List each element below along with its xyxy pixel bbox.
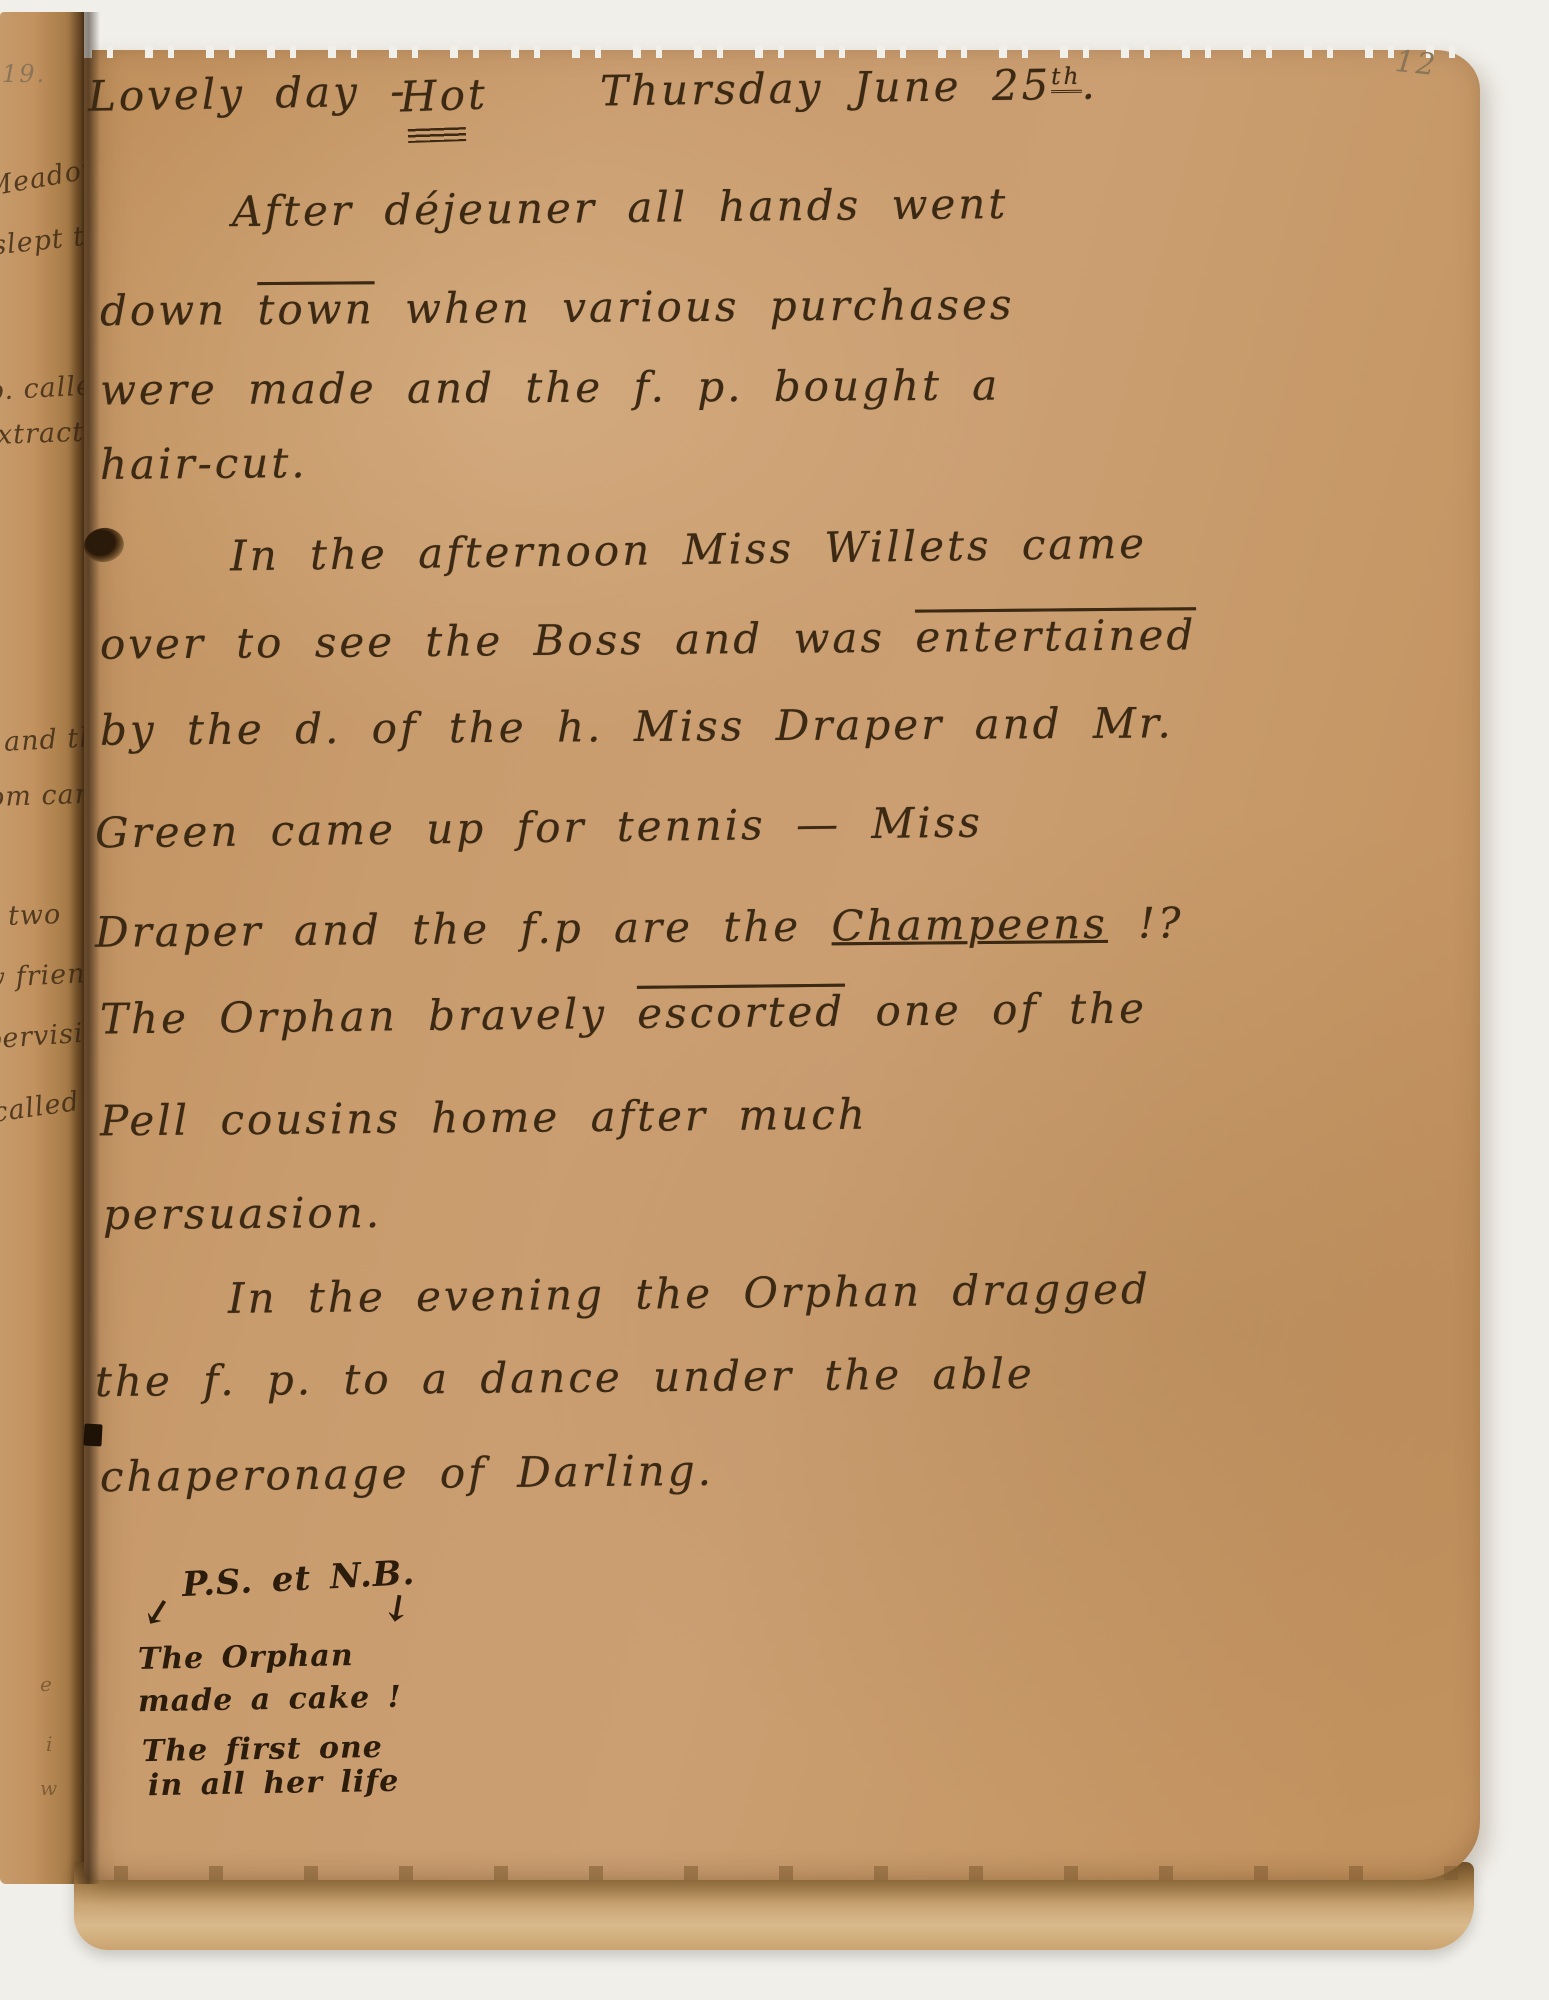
postscript-line: in all her life <box>148 1766 400 1802</box>
diary-line: chaperonage of Darling. <box>100 1449 714 1500</box>
margin-fragment: Meadow <box>0 152 84 204</box>
diary-line: down town when various purchases <box>100 283 1015 333</box>
diary-line: persuasion. <box>103 1191 382 1237</box>
diary-line: the f. p. to a dance under the able <box>95 1352 1035 1404</box>
postscript-line: The first one <box>142 1732 383 1768</box>
page-number: 12 <box>1393 44 1439 83</box>
margin-scribble: i <box>46 1732 53 1756</box>
diary-photo: 19. Meadow slept the p. called o extract… <box>0 0 1549 2000</box>
date-ordinal-suffix: th <box>1051 64 1082 93</box>
triple-underline <box>408 127 466 143</box>
previous-page-edge: 19. Meadow slept the p. called o extract… <box>0 12 84 1884</box>
margin-scribble: e <box>40 1672 53 1696</box>
margin-fragment: two <box>7 899 61 932</box>
diary-line: After déjeuner all hands went <box>232 182 1009 234</box>
postscript-line: made a cake ! <box>138 1682 402 1718</box>
margin-fragment: pervision <box>0 1015 84 1055</box>
diary-line: hair-cut. <box>100 441 308 487</box>
diary-line: over to see the Boss and was entertained <box>100 613 1197 667</box>
margin-fragment: extracted <box>0 416 84 452</box>
ink-mark <box>83 1424 102 1447</box>
diary-line: The Orphan bravely escorted one of the <box>100 987 1147 1042</box>
previous-page-number: 19. <box>2 60 46 88</box>
diary-line: Draper and the f.p are the Champeens !? <box>95 901 1184 955</box>
margin-fragment: w friends <box>0 956 84 994</box>
margin-fragment: called a <box>0 1082 84 1129</box>
header-condition: Lovely day - <box>88 69 408 119</box>
margin-fragment: slept the <box>0 217 84 261</box>
header-weather: Hot <box>399 72 488 119</box>
header-date: Thursday June 25th. <box>600 63 1098 114</box>
diary-line: by the d. of the h. Miss Draper and Mr. <box>100 701 1174 753</box>
postscript-line: The Orphan <box>138 1640 354 1675</box>
margin-fragment: p. called o <box>0 368 84 407</box>
diary-line: were made and the f. p. bought a <box>100 364 1000 413</box>
margin-scribble: w <box>40 1776 58 1800</box>
diary-line: In the evening the Orphan dragged <box>228 1267 1151 1321</box>
diary-line: Pell cousins home after much <box>100 1093 868 1144</box>
margin-fragment: and the <box>3 721 84 758</box>
margin-fragment: om came <box>0 778 84 814</box>
diary-line: Green came up for tennis — Miss <box>95 801 983 856</box>
